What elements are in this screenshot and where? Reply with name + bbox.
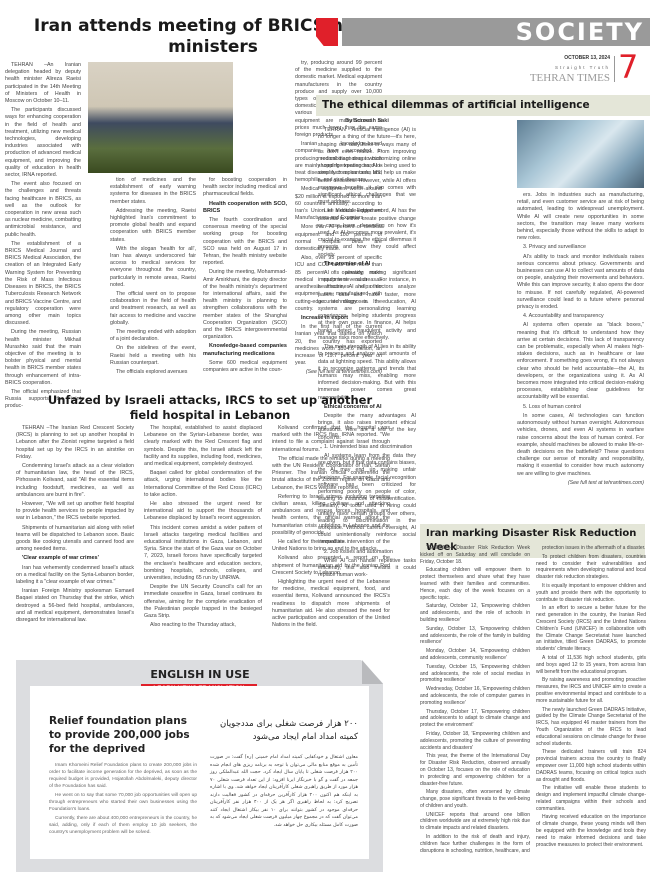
paragraph: To protect children from disasters, coun… <box>536 554 646 581</box>
ircs-col3: Kolivand confirmed that the hospital was… <box>272 425 390 631</box>
paragraph: The officials explored avenues <box>110 369 196 376</box>
paragraph: He also stressed the urgent need for int… <box>144 501 262 523</box>
paragraph: Many disasters, often worsened by climat… <box>420 789 530 809</box>
paragraph: This year, the theme of the Internationa… <box>420 753 530 787</box>
paragraph: Wednesday, October 16, 'Empowering child… <box>420 686 530 706</box>
paragraph: Iran has vehemently condemned Israel's a… <box>16 565 134 587</box>
paragraph: Tuesday, October 15, 'Empowering childre… <box>420 664 530 684</box>
subhead: The promise of AI <box>318 261 416 268</box>
paragraph: ers. Jobs in industries such as manufact… <box>517 192 644 242</box>
paragraph: The participants discussed ways for enha… <box>5 107 81 179</box>
paragraph: AI systems often operate as "black boxes… <box>517 322 644 401</box>
issue-date: OCTOBER 13, 2024 <box>530 55 610 61</box>
paragraph: By raising awareness and promoting proac… <box>536 677 646 704</box>
paragraph: AI's ability to track and monitor indivi… <box>517 254 644 312</box>
paragraph: The fourth coordination and consensus me… <box>203 217 287 267</box>
paragraph: With the slogan 'health for all', Iran h… <box>110 246 196 289</box>
paragraph: The official went on to propose collabor… <box>110 291 196 327</box>
paragraph: for boosting cooperation in health secto… <box>203 177 287 199</box>
drr-col1: TEHRAN – Disaster Risk Reduction Week ki… <box>420 545 530 856</box>
paragraph: Educating children will empower them to … <box>420 567 530 601</box>
paragraph: Imam Khomeini Relief Foundation plans to… <box>49 762 197 790</box>
paper-name: TEHRAN TIMES <box>490 72 610 84</box>
tagline: Straight Truth <box>530 65 610 70</box>
ai-col2: ers. Jobs in industries such as manufact… <box>517 192 644 487</box>
paragraph: He went on to say that some 70,000 job o… <box>49 792 197 813</box>
paragraph: These dedicated trainers will train 824 … <box>536 749 646 783</box>
persian-title: ۲۰۰ هزار فرصت شغلی برای مددجویان کمیته ا… <box>210 718 358 744</box>
paragraph: Kolivand confirmed that the hospital was… <box>272 425 390 454</box>
ai-photo <box>517 120 644 188</box>
paragraph: Currently, there are about 400,000 entre… <box>49 815 197 836</box>
persian-body: معاون اشتغال و خودکفایی کمیته امداد امام… <box>210 754 358 829</box>
paragraph: Thursday, October 17, 'Empowering childr… <box>420 709 530 729</box>
paragraph: Iranian Foreign Ministry spokesman Esmae… <box>16 588 134 624</box>
brics-col1: TEHRAN –An Iranian delegation headed by … <box>5 62 81 413</box>
paragraph: TEHRAN –An Iranian delegation headed by … <box>5 62 81 105</box>
see-full-text-link[interactable]: (See full text at tehrantimes.com) <box>517 480 644 487</box>
paragraph: In addition to the risk of death and inj… <box>420 834 530 854</box>
paragraph: During the meeting, Russian health minis… <box>5 329 81 387</box>
masthead-divider <box>614 56 615 82</box>
paragraph: AI is already making significant impacts… <box>318 270 416 342</box>
ircs-headline: Unfazed by Israeli attacks, IRCS to set … <box>40 393 380 423</box>
paragraph: Baqaei called for global condemnation of… <box>144 470 262 499</box>
paragraph: The official made the remarks during a m… <box>272 456 390 492</box>
paragraph: A total of 11,536 high school students, … <box>536 655 646 675</box>
paragraph: Monday, October 14, 'Empowering children… <box>420 648 530 662</box>
subhead: Health cooperation with SCO, BRICS <box>203 201 287 215</box>
paragraph: In some cases, AI technologies can funct… <box>517 413 644 478</box>
paragraph: 4. Accountability and transparency <box>517 313 644 320</box>
subhead: 'Clear example of war crimes' <box>16 555 134 562</box>
paragraph: Addressing the meeting, Raeisi highlight… <box>110 208 196 244</box>
paragraph: This incident comes amidst a wider patte… <box>144 525 262 583</box>
brics-meeting-photo <box>88 62 233 173</box>
paragraph: Highlighting the urgent need of the Leba… <box>272 579 390 629</box>
paragraph: Having received education on the importa… <box>536 814 646 848</box>
paragraph: Also reacting to the Thursday attack, <box>144 622 262 629</box>
paragraph: TEHRAN - Artificial Intelligence (AI) is… <box>318 127 416 206</box>
paragraph: 5. Loss of human control <box>517 404 644 411</box>
page-number: 7 <box>618 50 638 84</box>
paragraph: UNICEF reports that around one billion c… <box>420 812 530 832</box>
paragraph: Saturday, October 12, 'Empowering childr… <box>420 603 530 623</box>
paragraph: TEHRAN – Disaster Risk Reduction Week ki… <box>420 545 530 565</box>
paragraph: Like a double-edged sword, AI has the po… <box>318 208 416 258</box>
paragraph: The hospital, established to assist disp… <box>144 425 262 468</box>
subhead: Knowledge-based companies manufacturing … <box>203 343 287 357</box>
paragraph: Kolivand also presented a report on the … <box>272 555 390 577</box>
paragraph: The newly launched Green DADRAS Initiati… <box>536 707 646 748</box>
paragraph: 3. Privacy and surveillance <box>517 244 644 251</box>
drr-col2: protection issues in the aftermath of a … <box>536 545 646 850</box>
paragraph: The meeting ended with adoption of a joi… <box>110 329 196 343</box>
paragraph: However, "We will set up another field h… <box>16 501 134 523</box>
paragraph: Friday, October 18, 'Empowering children… <box>420 731 530 751</box>
paragraph: Referring to Israeli crimes, including t… <box>272 494 390 537</box>
paragraph: Sunday, October 13, 'Empowering children… <box>420 626 530 646</box>
paragraph: In an effort to secure a better future f… <box>536 605 646 653</box>
section-title: SOCIETY <box>516 18 644 46</box>
paragraph: Some 600 medical equipment companies are… <box>203 360 287 374</box>
paragraph: Shipments of humanitarian aid along with… <box>16 525 134 554</box>
ircs-col1: TEHRAN –The Iranian Red Crescent Society… <box>16 425 134 626</box>
paragraph: The event also focused on the challenges… <box>5 181 81 239</box>
page-curl-icon <box>362 660 383 684</box>
paragraph: It is equally important to empower child… <box>536 583 646 603</box>
paragraph: Despite the UN Security Council's call f… <box>144 584 262 620</box>
paragraph: Condemning Israel's attack as a clear vi… <box>16 463 134 499</box>
paragraph: tion of medicines and the establishment … <box>110 177 196 206</box>
paragraph: On the sidelines of the event, Raeisi he… <box>110 345 196 367</box>
paragraph: The initiative will enable these student… <box>536 785 646 812</box>
byline: By Soroush Saki <box>318 118 416 125</box>
brics-col2: tion of medicines and the establishment … <box>110 177 196 378</box>
ai-headline: The ethical dilemmas of artificial intel… <box>316 95 650 116</box>
paragraph: TEHRAN –The Iranian Red Crescent Society… <box>16 425 134 461</box>
paragraph: During the meeting, Mohammad-Amir Amirkh… <box>203 269 287 341</box>
english-title: Relief foundation plans to provide 200,0… <box>49 714 199 756</box>
brics-col3: for boosting cooperation in health secto… <box>203 177 287 376</box>
paragraph: He called for the immediate intervention… <box>272 539 390 553</box>
english-body: Imam Khomeini Relief Foundation plans to… <box>49 762 197 838</box>
ircs-col2: The hospital, established to assist disp… <box>144 425 262 631</box>
paragraph: protection issues in the aftermath of a … <box>536 545 646 552</box>
paragraph: The establishment of a BRICS Medical Jou… <box>5 241 81 327</box>
english-in-use-heading: ENGLISH IN USE <box>140 668 260 681</box>
